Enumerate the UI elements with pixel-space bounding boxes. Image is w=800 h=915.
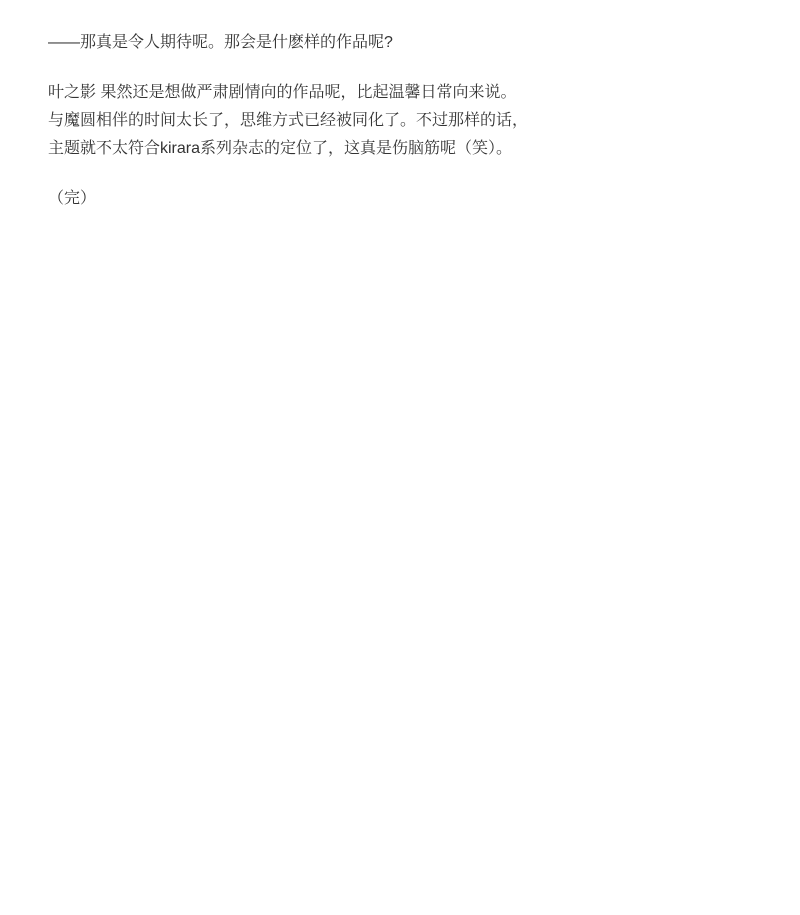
answer-line-1: 叶之影 果然还是想做严肃剧情向的作品呢，比起温馨日常向来说。 [48, 79, 760, 107]
interviewer-question: ——那真是令人期待呢。那会是什麽样的作品呢? [48, 29, 760, 57]
question-line: ——那真是令人期待呢。那会是什麽样的作品呢? [48, 29, 760, 57]
document-page: ——那真是令人期待呢。那会是什麽样的作品呢? 叶之影 果然还是想做严肃剧情向的作… [0, 0, 800, 915]
end-mark-line: （完） [48, 185, 760, 213]
end-mark: （完） [48, 185, 760, 213]
interviewee-answer: 叶之影 果然还是想做严肃剧情向的作品呢，比起温馨日常向来说。 与魔圆相伴的时间太… [48, 79, 760, 163]
answer-line-3: 主题就不太符合kirara系列杂志的定位了，这真是伤脑筋呢（笑）。 [48, 135, 760, 163]
answer-line-2: 与魔圆相伴的时间太长了，思维方式已经被同化了。不过那样的话， [48, 107, 760, 135]
